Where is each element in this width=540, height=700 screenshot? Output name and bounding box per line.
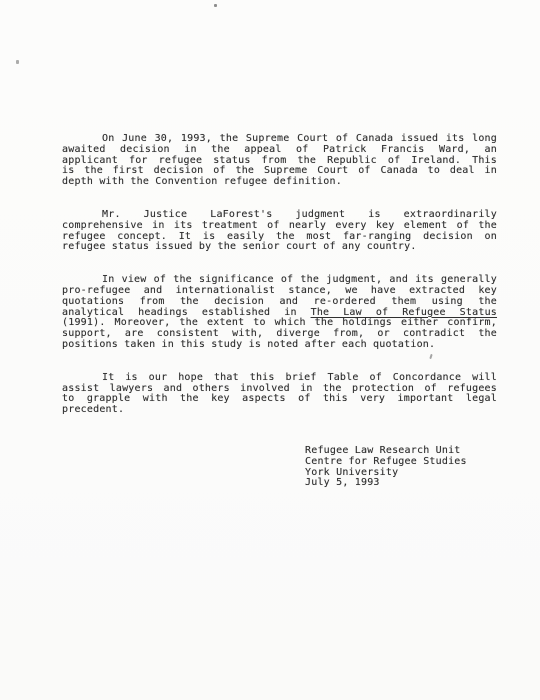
scanned-document-page: On June 30, 1993, the Supreme Court of C… (0, 0, 540, 700)
text-segment: (1991). Moreover, the extent to which th… (62, 317, 497, 328)
paragraph: It is our hope that this brief Table of … (62, 373, 497, 416)
text-segment: refugee concept. It is easily the most f… (62, 231, 497, 242)
document-text: On June 30, 1993, the Supreme Court of C… (62, 134, 497, 416)
text-segment: pro-refugee and internationalist stance,… (62, 285, 497, 296)
text-segment: depth with the Convention refugee defini… (62, 176, 342, 187)
underlined-book-title: The Law of Refugee Status (311, 307, 497, 318)
text-line: positions taken in this study is noted a… (62, 340, 497, 351)
text-segment: to grapple with the key aspects of this … (62, 393, 497, 404)
text-segment: awaited decision in the appeal of Patric… (62, 144, 497, 155)
text-segment: It is our hope that this brief Table of … (102, 372, 497, 383)
text-line: depth with the Convention refugee defini… (62, 177, 497, 188)
text-segment: is the first decision of the Supreme Cou… (62, 165, 497, 176)
signature-line: July 5, 1993 (305, 478, 497, 489)
paragraph: On June 30, 1993, the Supreme Court of C… (62, 134, 497, 188)
text-segment: quotations from the decision and re-orde… (62, 296, 497, 307)
text-segment: positions taken in this study is noted a… (62, 339, 435, 350)
scan-speck (16, 60, 19, 64)
text-segment: comprehensive in its treatment of nearly… (62, 220, 497, 231)
text-segment: precedent. (62, 404, 124, 415)
paragraph: In view of the significance of the judgm… (62, 275, 497, 351)
text-segment: assist lawyers and others involved in th… (62, 383, 497, 394)
text-line: refugee status issued by the senior cour… (62, 242, 497, 253)
text-segment: refugee status issued by the senior cour… (62, 241, 417, 252)
text-line: precedent. (62, 405, 497, 416)
text-segment: applicant for refugee status from the Re… (62, 155, 497, 166)
scan-speck (214, 4, 217, 7)
paragraph: Mr. Justice LaForest's judgment is extra… (62, 210, 497, 253)
text-segment: Mr. Justice LaForest's judgment is extra… (102, 209, 497, 220)
signature-block: Refugee Law Research UnitCentre for Refu… (305, 446, 497, 489)
text-segment: On June 30, 1993, the Supreme Court of C… (102, 133, 497, 144)
text-segment: support, are consistent with, diverge fr… (62, 328, 497, 339)
text-line: to grapple with the key aspects of this … (62, 394, 497, 405)
text-segment: In view of the significance of the judgm… (102, 274, 497, 285)
text-segment: analytical headings established in (62, 307, 311, 318)
signature-line: Centre for Refugee Studies (305, 457, 497, 468)
